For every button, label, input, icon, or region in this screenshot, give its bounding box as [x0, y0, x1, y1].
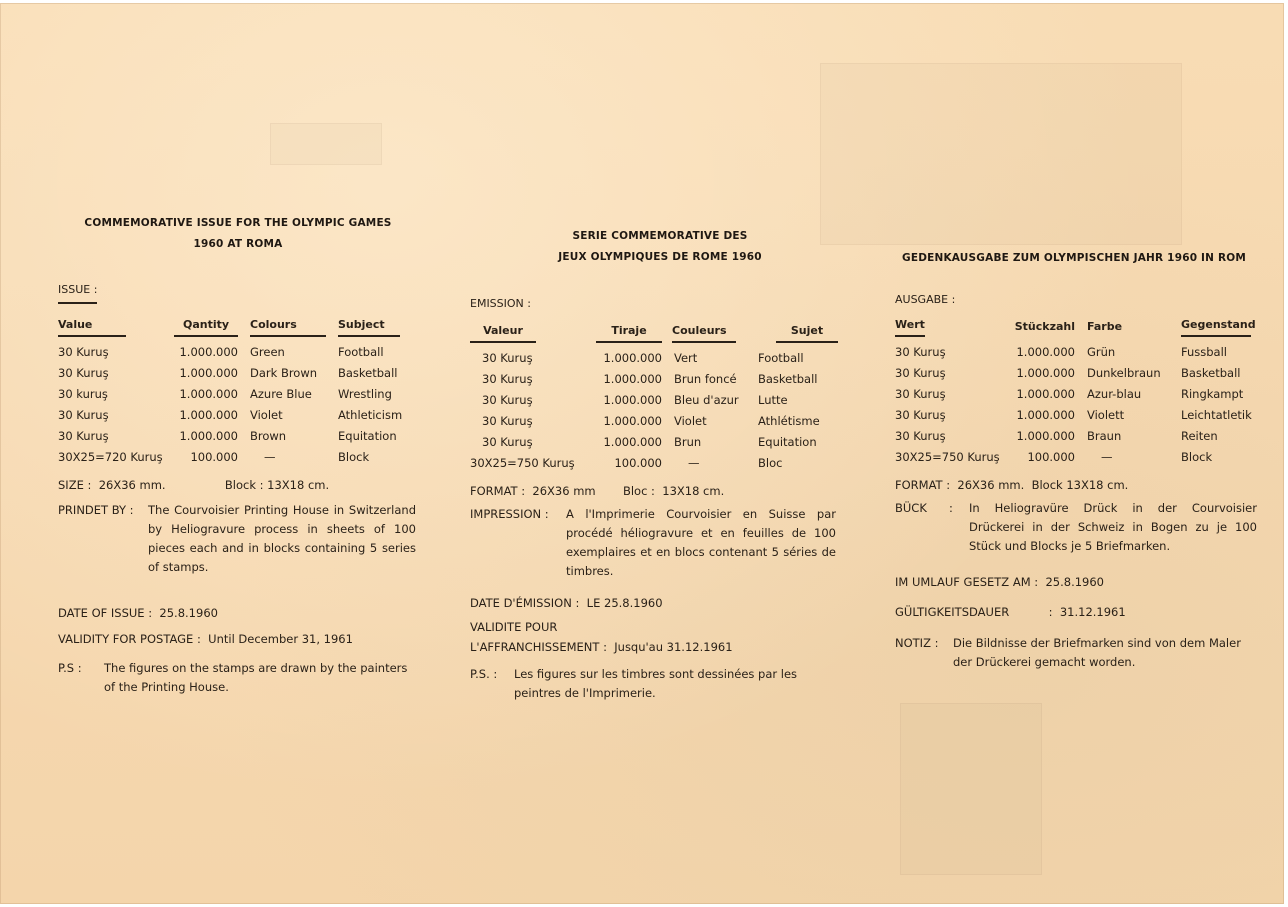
german-column: GEDENKAUSGABE ZUM OLYMPISCHEN JAHR 1960 …: [895, 248, 1260, 672]
table-header-row: Valeur Tiraje Couleurs Sujet: [470, 324, 838, 347]
col-header-quantity: Qantity: [168, 318, 238, 341]
cell-subject: Basketball: [1181, 362, 1257, 383]
cell-subject: Wrestling: [338, 383, 416, 404]
cell-value: 30 Kuruş: [470, 368, 590, 389]
cell-colour: Dunkelbraun: [1075, 362, 1181, 383]
col-header-tiraje: Tiraje: [590, 324, 662, 347]
french-title: SERIE COMMEMORATIVE DES JEUX OLYMPIQUES …: [480, 226, 840, 268]
cell-quantity: 100.000: [168, 446, 238, 467]
bleed-through-mark: [820, 63, 1182, 245]
date-of-issue-line: DATE OF ISSUE : 25.8.1960: [58, 603, 418, 623]
cell-value: 30 Kuruş: [895, 425, 1005, 446]
table-row: 30 Kuruş1.000.000BrownEquitation: [58, 425, 416, 446]
cell-value: 30 Kuruş: [470, 389, 590, 410]
cell-subject: Lutte: [758, 389, 838, 410]
cell-quantity: 1.000.000: [1005, 362, 1075, 383]
cell-quantity: 1.000.000: [590, 410, 662, 431]
cell-quantity: 1.000.000: [590, 347, 662, 368]
cell-value: 30X25=750 Kuruş: [470, 452, 590, 473]
ps-line: P.S : The figures on the stamps are draw…: [58, 659, 418, 697]
cell-quantity: 1.000.000: [168, 362, 238, 383]
col-header-wert: Wert: [895, 318, 1005, 341]
col-header-farbe: Farbe: [1075, 318, 1181, 341]
cell-colour: Violet: [238, 404, 338, 425]
cell-quantity: 1.000.000: [1005, 404, 1075, 425]
cell-colour: Violett: [1075, 404, 1181, 425]
table-row: 30 Kuruş1.000.000Bleu d'azurLutte: [470, 389, 838, 410]
english-column: COMMEMORATIVE ISSUE FOR THE OLYMPIC GAME…: [58, 213, 418, 697]
cell-quantity: 1.000.000: [1005, 341, 1075, 362]
cell-value: 30 Kuruş: [895, 362, 1005, 383]
cell-subject: Equitation: [758, 431, 838, 452]
col-header-valeur: Valeur: [470, 324, 590, 347]
table-row: 30X25=750 Kuruş100.000—Bloc: [470, 452, 838, 473]
table-row: 30 kuruş1.000.000Azure BlueWrestling: [58, 383, 416, 404]
validity-line: VALIDITE POUR L'AFFRANCHISSEMENT : Jusqu…: [470, 617, 840, 657]
cell-colour: Braun: [1075, 425, 1181, 446]
cell-colour: —: [662, 452, 758, 473]
table-row: 30 Kuruş1.000.000Brun foncéBasketball: [470, 368, 838, 389]
cell-subject: Football: [758, 347, 838, 368]
ps-line: P.S. : Les figures sur les timbres sont …: [470, 665, 840, 703]
cell-colour: Brun foncé: [662, 368, 758, 389]
cell-value: 30 Kuruş: [895, 383, 1005, 404]
table-row: 30 Kuruş1.000.000GrünFussball: [895, 341, 1257, 362]
cell-subject: Reiten: [1181, 425, 1257, 446]
cell-subject: Basketball: [338, 362, 416, 383]
cell-value: 30 Kuruş: [58, 341, 168, 362]
cell-colour: Brun: [662, 431, 758, 452]
issue-table-german: Wert Stückzahl Farbe Gegenstand 30 Kuruş…: [895, 318, 1257, 467]
cell-colour: Azur-blau: [1075, 383, 1181, 404]
cell-value: 30 Kuruş: [895, 404, 1005, 425]
cell-colour: Brown: [238, 425, 338, 446]
german-title: GEDENKAUSGABE ZUM OLYMPISCHEN JAHR 1960 …: [902, 248, 1260, 269]
col-header-sujet: Sujet: [758, 324, 838, 347]
cell-value: 30X25=750 Kuruş: [895, 446, 1005, 467]
table-row: 30 Kuruş1.000.000VertFootball: [470, 347, 838, 368]
cell-quantity: 1.000.000: [1005, 383, 1075, 404]
col-header-gegenstand: Gegenstand: [1181, 318, 1257, 341]
cell-colour: Green: [238, 341, 338, 362]
cell-colour: Dark Brown: [238, 362, 338, 383]
col-header-colours: Colours: [238, 318, 338, 341]
cell-subject: Athlétisme: [758, 410, 838, 431]
issue-table-french: Valeur Tiraje Couleurs Sujet 30 Kuruş1.0…: [470, 324, 838, 473]
cell-quantity: 1.000.000: [590, 368, 662, 389]
table-row: 30 Kuruş1.000.000VioletAthlétisme: [470, 410, 838, 431]
cell-colour: Azure Blue: [238, 383, 338, 404]
french-column: SERIE COMMEMORATIVE DES JEUX OLYMPIQUES …: [470, 226, 840, 703]
table-row: 30 Kuruş1.000.000VioletAthleticism: [58, 404, 416, 425]
cell-subject: Fussball: [1181, 341, 1257, 362]
cell-quantity: 1.000.000: [590, 431, 662, 452]
table-row: 30 Kuruş1.000.000BrunEquitation: [470, 431, 838, 452]
english-title: COMMEMORATIVE ISSUE FOR THE OLYMPIC GAME…: [58, 213, 418, 255]
cell-value: 30 Kuruş: [895, 341, 1005, 362]
table-row: 30 Kuruş1.000.000Azur-blauRingkampt: [895, 383, 1257, 404]
cell-subject: Athleticism: [338, 404, 416, 425]
col-header-couleurs: Couleurs: [662, 324, 758, 347]
format-line: FORMAT : 26X36 mm. Block 13X18 cm.: [895, 475, 1260, 495]
cell-subject: Block: [338, 446, 416, 467]
table-row: 30 Kuruş1.000.000DunkelbraunBasketball: [895, 362, 1257, 383]
impression-line: IMPRESSION : A l'Imprimerie Courvoisier …: [470, 505, 840, 581]
cell-value: 30 Kuruş: [470, 431, 590, 452]
cell-quantity: 1.000.000: [590, 389, 662, 410]
table-row: 30 Kuruş1.000.000Dark BrownBasketball: [58, 362, 416, 383]
cell-value: 30 Kuruş: [58, 362, 168, 383]
validity-line: GÜLTIGKEITSDAUER : 31.12.1961: [895, 602, 1260, 622]
cell-value: 30 Kuruş: [58, 425, 168, 446]
cell-colour: —: [1075, 446, 1181, 467]
date-line: IM UMLAUF GESETZ AM : 25.8.1960: [895, 572, 1260, 592]
section-label-issue: ISSUE :: [58, 283, 97, 304]
col-header-value: Value: [58, 318, 168, 341]
size-line: SIZE : 26X36 mm. Block : 13X18 cm.: [58, 475, 418, 495]
format-line: FORMAT : 26X36 mm Bloc : 13X18 cm.: [470, 481, 840, 501]
cell-colour: Violet: [662, 410, 758, 431]
cell-colour: —: [238, 446, 338, 467]
date-emission-line: DATE D'ÉMISSION : LE 25.8.1960: [470, 593, 840, 613]
cell-value: 30X25=720 Kuruş: [58, 446, 168, 467]
cell-subject: Ringkampt: [1181, 383, 1257, 404]
table-row: 30X25=720 Kuruş100.000—Block: [58, 446, 416, 467]
issue-table-english: Value Qantity Colours Subject 30 Kuruş1.…: [58, 318, 416, 467]
cell-subject: Football: [338, 341, 416, 362]
cell-subject: Equitation: [338, 425, 416, 446]
cell-colour: Bleu d'azur: [662, 389, 758, 410]
cell-subject: Leichtatletik: [1181, 404, 1257, 425]
bleed-through-mark: [900, 703, 1042, 875]
table-row: 30 Kuruş1.000.000GreenFootball: [58, 341, 416, 362]
cell-quantity: 100.000: [1005, 446, 1075, 467]
section-label-emission: EMISSION :: [470, 297, 531, 310]
cell-colour: Vert: [662, 347, 758, 368]
cell-subject: Basketball: [758, 368, 838, 389]
cell-subject: Bloc: [758, 452, 838, 473]
table-header-row: Wert Stückzahl Farbe Gegenstand: [895, 318, 1257, 341]
cell-subject: Block: [1181, 446, 1257, 467]
cell-value: 30 Kuruş: [470, 347, 590, 368]
printed-by-line: PRINDET BY : The Courvoisier Printing Ho…: [58, 501, 418, 577]
validity-line: VALIDITY FOR POSTAGE : Until December 31…: [58, 629, 418, 649]
cell-quantity: 1.000.000: [1005, 425, 1075, 446]
table-header-row: Value Qantity Colours Subject: [58, 318, 416, 341]
cell-value: 30 Kuruş: [58, 404, 168, 425]
cell-quantity: 1.000.000: [168, 383, 238, 404]
table-row: 30 Kuruş1.000.000ViolettLeichtatletik: [895, 404, 1257, 425]
druck-line: BÜCK : In Heliogravüre Drück in der Cour…: [895, 499, 1260, 556]
cell-quantity: 1.000.000: [168, 425, 238, 446]
cell-quantity: 100.000: [590, 452, 662, 473]
bleed-through-mark: [270, 123, 382, 165]
table-row: 30 Kuruş1.000.000BraunReiten: [895, 425, 1257, 446]
cell-quantity: 1.000.000: [168, 404, 238, 425]
col-header-stueckzahl: Stückzahl: [1005, 318, 1075, 341]
cell-value: 30 kuruş: [58, 383, 168, 404]
table-row: 30X25=750 Kuruş100.000—Block: [895, 446, 1257, 467]
col-header-subject: Subject: [338, 318, 416, 341]
cell-colour: Grün: [1075, 341, 1181, 362]
note-line: NOTIZ : Die Bildnisse der Briefmarken si…: [895, 634, 1260, 672]
cell-value: 30 Kuruş: [470, 410, 590, 431]
paper-sheet: COMMEMORATIVE ISSUE FOR THE OLYMPIC GAME…: [0, 3, 1284, 904]
cell-quantity: 1.000.000: [168, 341, 238, 362]
section-label-ausgabe: AUSGABE :: [895, 293, 955, 306]
